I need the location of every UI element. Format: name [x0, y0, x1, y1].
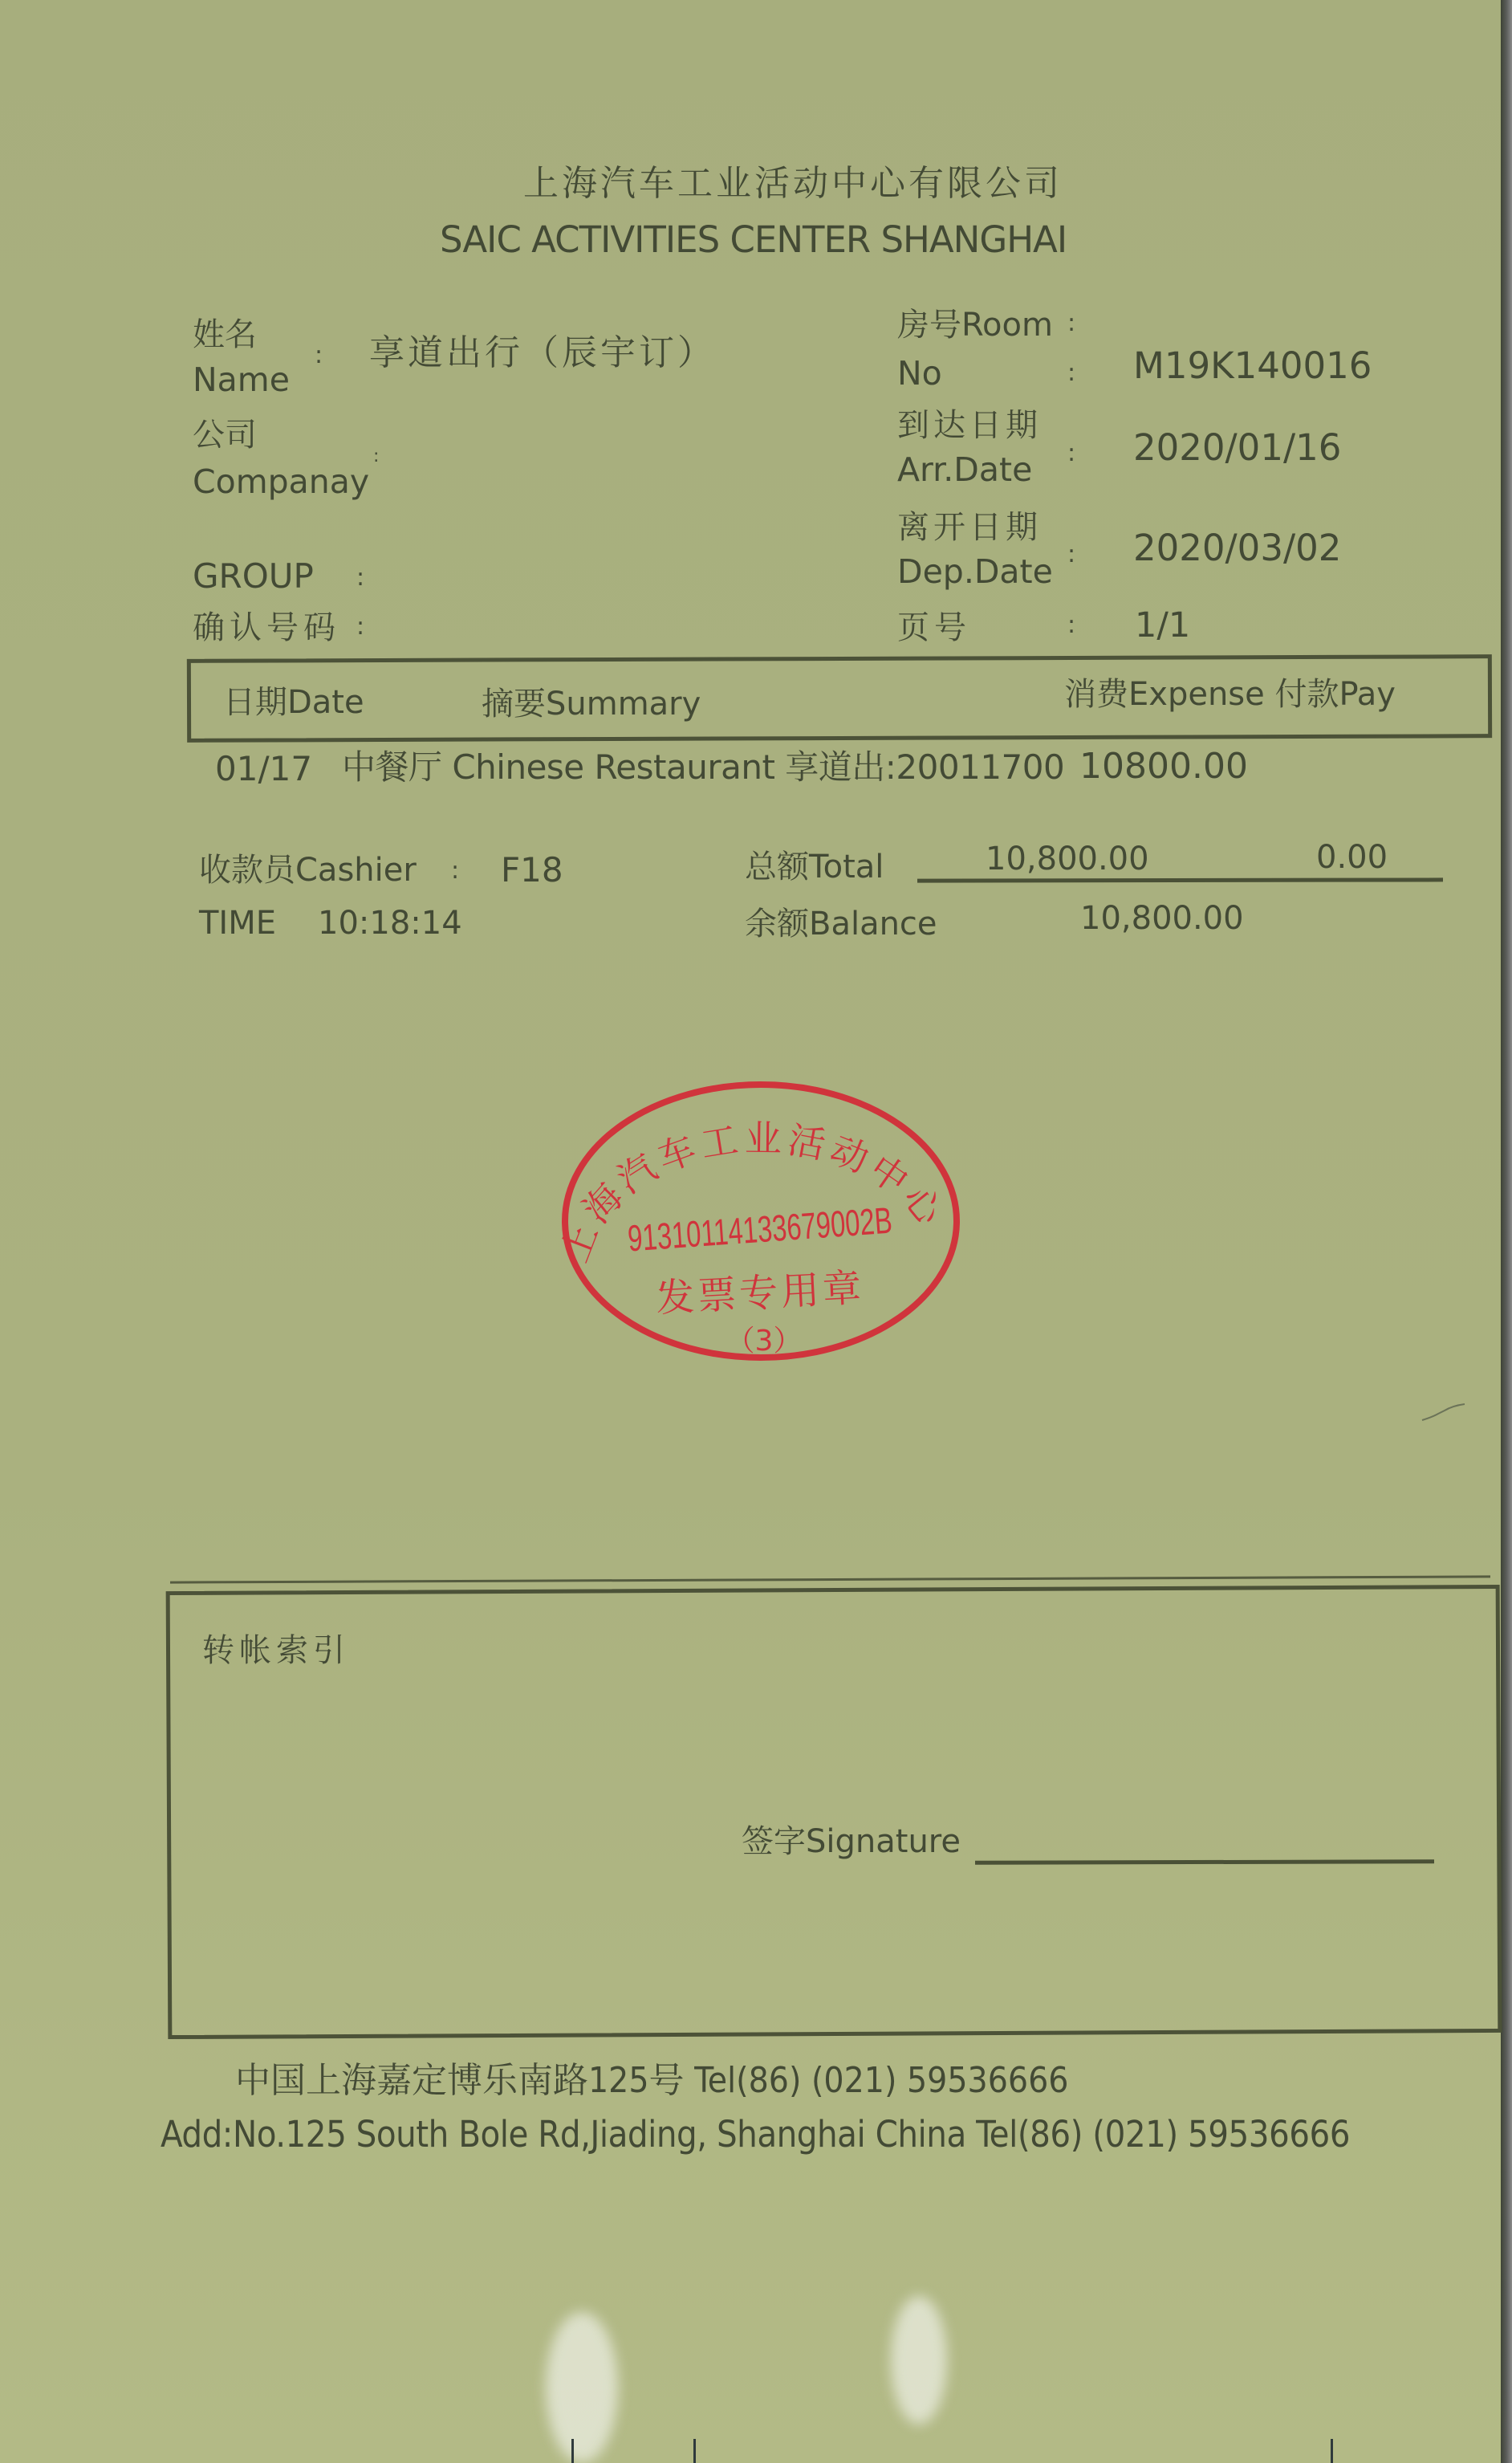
paper-smudge [546, 2312, 618, 2463]
arrival-date: 2020/01/16 [1133, 429, 1341, 466]
company-label-en: Companay [193, 466, 369, 499]
departure-date: 2020/03/02 [1133, 530, 1341, 566]
col-header-expense-pay: 消费Expense 付款Pay [1064, 678, 1396, 710]
arrival-label-cn: 到达日期 [897, 409, 1042, 442]
perforation-mark [693, 2439, 696, 2463]
svg-text:91310114133679002B: 91310114133679002B [626, 1199, 893, 1260]
row-expense: 10800.00 [1079, 749, 1248, 784]
svg-text:（3）: （3） [726, 1325, 803, 1358]
departure-label-en: Dep.Date [897, 556, 1053, 588]
balance-value: 10,800.00 [1080, 902, 1244, 934]
company-colon: : [373, 448, 379, 466]
company-name-en: SAIC ACTIVITIES CENTER SHANGHAI [440, 222, 1067, 258]
page-colon: : [1067, 613, 1075, 637]
company-name-cn: 上海汽车工业活动中心有限公司 [523, 166, 1063, 202]
signature-label: 签字Signature [742, 1826, 961, 1858]
departure-colon: : [1067, 543, 1075, 567]
time-value: 10:18:14 [318, 907, 462, 939]
group-label: GROUP [193, 560, 314, 593]
address-en: Add:No.125 South Bole Rd,Jiading, Shangh… [161, 2116, 1350, 2152]
page-number: 1/1 [1135, 609, 1190, 643]
col-header-date: 日期Date [223, 686, 364, 719]
address-cn: 中国上海嘉定博乐南路125号 Tel(86) (021) 59536666 [235, 2063, 1068, 2099]
total-label: 总额Total [745, 851, 884, 883]
arrival-label-en: Arr.Date [897, 454, 1032, 486]
perforation-mark [571, 2439, 574, 2463]
confirmation-colon: : [356, 615, 364, 639]
confirmation-label: 确认号码 [193, 612, 340, 644]
balance-label: 余额Balance [745, 908, 937, 940]
company-label-cn: 公司 [193, 419, 257, 451]
name-colon: : [315, 344, 323, 368]
paper-edge [1501, 0, 1512, 2463]
cashier-value: F18 [501, 853, 563, 887]
cashier-colon: : [451, 859, 459, 883]
room-no-colon: : [1067, 361, 1075, 385]
group-colon: : [356, 566, 364, 590]
room-number: M19K140016 [1133, 348, 1372, 384]
invoice-stamp: 上海汽车工业活动中心有限公司 91310114133679002B 发票专用章 … [554, 1073, 968, 1369]
total-pay: 0.00 [1316, 841, 1388, 873]
row-date: 01/17 [215, 752, 312, 786]
row-summary: 中餐厅 Chinese Restaurant 享道出:20011700 [342, 751, 1064, 784]
col-header-summary: 摘要Summary [482, 688, 701, 720]
name-label-cn: 姓名 [193, 319, 257, 351]
transfer-box [166, 1585, 1502, 2039]
name-label-en: Name [193, 364, 290, 397]
room-no-label: No [897, 357, 942, 390]
room-label: 房号Room [897, 309, 1053, 341]
page-label: 页号 [897, 612, 971, 644]
time-label: TIME [199, 907, 276, 939]
perforation-mark [1331, 2439, 1333, 2463]
arrival-colon: : [1067, 442, 1075, 466]
cashier-label: 收款员Cashier [199, 854, 417, 886]
departure-label-cn: 离开日期 [897, 511, 1042, 543]
total-expense: 10,800.00 [986, 843, 1149, 875]
pen-mark [1421, 1401, 1469, 1425]
room-colon: : [1067, 311, 1075, 336]
guest-name: 享道出行（辰宇订） [369, 336, 716, 371]
svg-text:发票专用章: 发票专用章 [655, 1265, 866, 1321]
transfer-index-label: 转帐索引 [202, 1635, 350, 1667]
paper-smudge [891, 2296, 947, 2424]
